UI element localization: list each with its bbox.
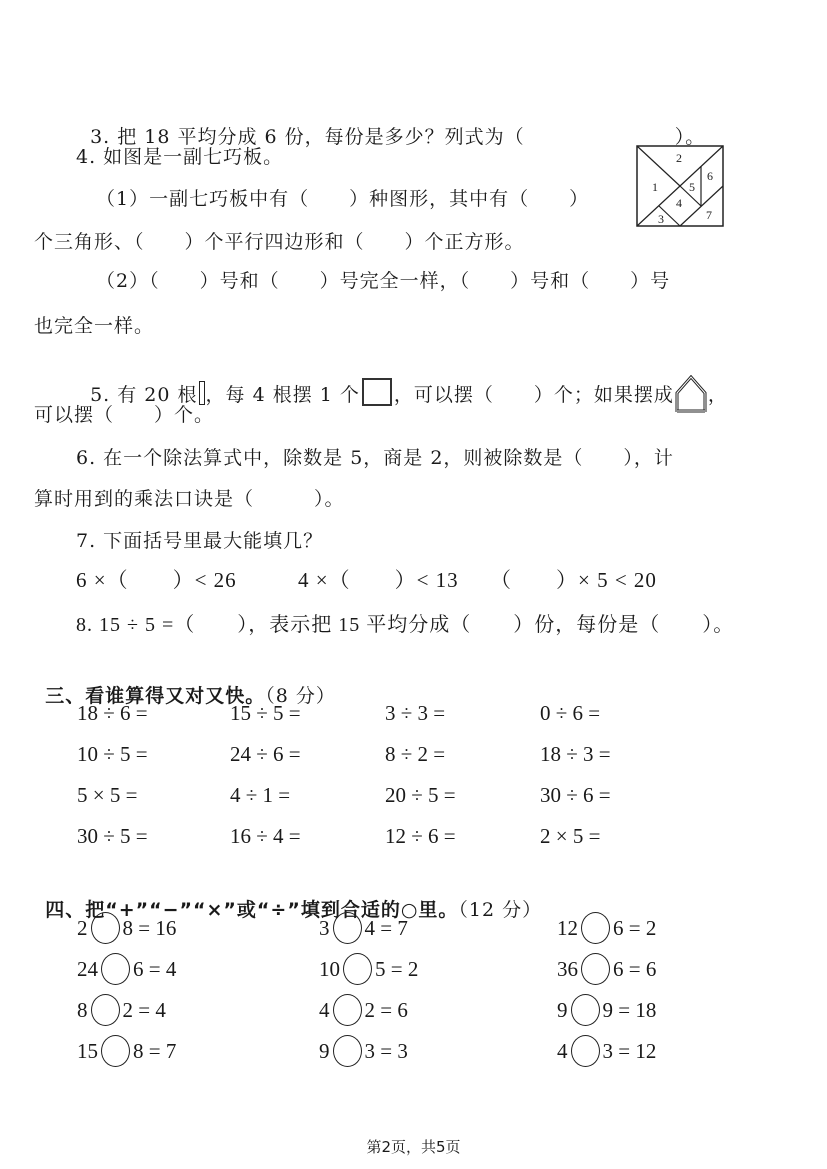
calc-item[interactable]: 10 ÷ 5 = <box>77 742 148 767</box>
stick-square-icon <box>362 378 392 406</box>
operator-circle[interactable] <box>571 994 600 1026</box>
operator-item: 28 = 16 <box>77 912 176 944</box>
operator-circle[interactable] <box>333 1035 362 1067</box>
calc-item[interactable]: 18 ÷ 3 = <box>540 742 611 767</box>
page-footer: 第2页，共5页 <box>0 1136 827 1157</box>
calc-item[interactable]: 0 ÷ 6 = <box>540 701 600 726</box>
svg-text:4: 4 <box>676 196 682 210</box>
calc-item[interactable]: 20 ÷ 5 = <box>385 783 456 808</box>
operator-item: 126 = 2 <box>557 912 656 944</box>
operator-item: 105 = 2 <box>319 953 418 985</box>
question-6-line1: 6. 在一个除法算式中，除数是 5，商是 2，则被除数是（ ），计 <box>76 443 674 470</box>
question-4-part2-line2: 也完全一样。 <box>34 311 154 338</box>
operator-circle[interactable] <box>333 994 362 1026</box>
operator-circle[interactable] <box>101 953 130 985</box>
svg-text:1: 1 <box>652 180 658 194</box>
question-7-item-2[interactable]: 4 ×（ ）< 13 <box>298 564 459 594</box>
calc-item[interactable]: 4 ÷ 1 = <box>230 783 290 808</box>
operator-item: 246 = 4 <box>77 953 176 985</box>
operator-circle[interactable] <box>333 912 362 944</box>
operator-circle[interactable] <box>101 1035 130 1067</box>
svg-text:3: 3 <box>658 212 664 226</box>
operator-item: 99 = 18 <box>557 994 656 1026</box>
calc-item[interactable]: 30 ÷ 5 = <box>77 824 148 849</box>
question-4-part1-line1: （1）一副七巧板中有（ ）种图形，其中有（ ） <box>96 184 589 211</box>
question-4-part1-line2: 个三角形、（ ）个平行四边形和（ ）个正方形。 <box>34 227 525 254</box>
svg-text:2: 2 <box>676 151 682 165</box>
calc-item[interactable]: 16 ÷ 4 = <box>230 824 301 849</box>
operator-item: 43 = 12 <box>557 1035 656 1067</box>
svg-text:6: 6 <box>707 169 713 183</box>
calc-item[interactable]: 5 × 5 = <box>77 783 137 808</box>
stick-house-icon <box>674 375 708 413</box>
calc-item[interactable]: 30 ÷ 6 = <box>540 783 611 808</box>
svg-text:5: 5 <box>689 180 695 194</box>
calc-item[interactable]: 8 ÷ 2 = <box>385 742 445 767</box>
question-5-line2: 可以摆（ ）个。 <box>34 400 214 427</box>
svg-text:7: 7 <box>706 208 712 222</box>
question-7-item-1[interactable]: 6 ×（ ）< 26 <box>76 564 237 594</box>
operator-circle[interactable] <box>91 994 120 1026</box>
question-8: 8. 15 ÷ 5 =（ ），表示把 15 平均分成（ ）份，每份是（ ）。 <box>76 608 734 637</box>
calc-item[interactable]: 24 ÷ 6 = <box>230 742 301 767</box>
calc-item[interactable]: 18 ÷ 6 = <box>77 701 148 726</box>
operator-item: 34 = 7 <box>319 912 408 944</box>
operator-item: 93 = 3 <box>319 1035 408 1067</box>
question-4-part2-line1: （2）（ ）号和（ ）号完全一样，（ ）号和（ ）号 <box>96 266 670 293</box>
calc-item[interactable]: 15 ÷ 5 = <box>230 701 301 726</box>
operator-circle[interactable] <box>343 953 372 985</box>
operator-circle[interactable] <box>571 1035 600 1067</box>
operator-item: 366 = 6 <box>557 953 656 985</box>
operator-circle[interactable] <box>91 912 120 944</box>
calc-item[interactable]: 3 ÷ 3 = <box>385 701 445 726</box>
question-6-line2: 算时用到的乘法口诀是（ ）。 <box>34 484 345 511</box>
operator-item: 42 = 6 <box>319 994 408 1026</box>
calc-item[interactable]: 12 ÷ 6 = <box>385 824 456 849</box>
tangram-figure: 1 2 3 4 5 6 7 <box>636 145 724 227</box>
operator-item: 158 = 7 <box>77 1035 176 1067</box>
question-7-item-3[interactable]: （ ）× 5 < 20 <box>490 564 657 594</box>
operator-item: 82 = 4 <box>77 994 166 1026</box>
question-7-title: 7. 下面括号里最大能填几？ <box>76 526 323 553</box>
calc-item[interactable]: 2 × 5 = <box>540 824 600 849</box>
operator-circle[interactable] <box>581 912 610 944</box>
operator-circle[interactable] <box>581 953 610 985</box>
question-4-title: 4. 如图是一副七巧板。 <box>76 142 283 169</box>
